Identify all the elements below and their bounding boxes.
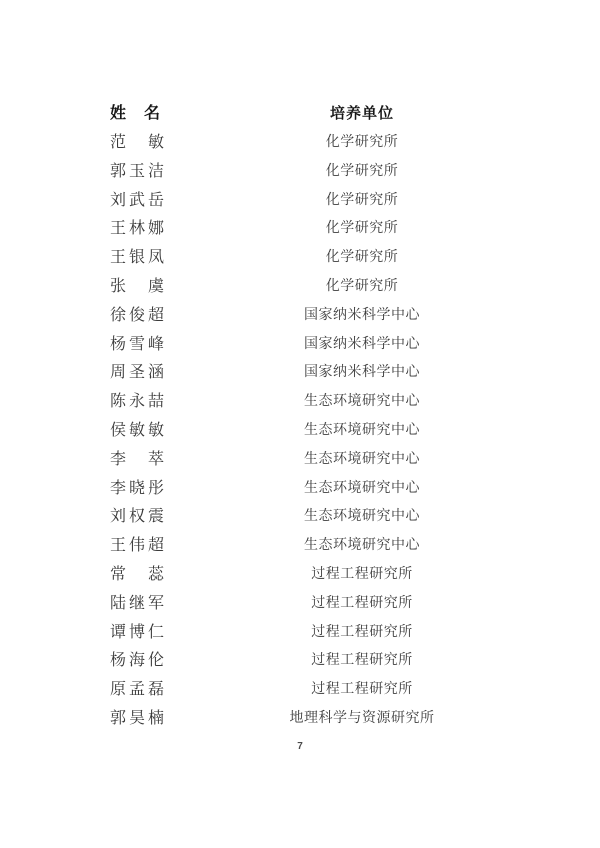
student-name: 杨海伦 bbox=[110, 647, 167, 676]
training-unit: 地理科学与资源研究所 bbox=[212, 705, 512, 734]
student-name: 原孟磊 bbox=[110, 676, 167, 705]
training-unit: 生态环境研究中心 bbox=[212, 475, 512, 504]
training-unit: 生态环境研究中心 bbox=[212, 503, 512, 532]
table-row: 陈永喆 生态环境研究中心 bbox=[0, 388, 600, 417]
student-name: 杨雪峰 bbox=[110, 331, 167, 360]
student-name: 郭玉洁 bbox=[110, 158, 167, 187]
table-body: 范 敏 化学研究所 郭玉洁 化学研究所 刘武岳 化学研究所 王林娜 化学研究所 … bbox=[0, 129, 600, 734]
training-unit: 化学研究所 bbox=[212, 187, 512, 216]
table-row: 范 敏 化学研究所 bbox=[0, 129, 600, 158]
table-row: 王伟超 生态环境研究中心 bbox=[0, 532, 600, 561]
training-unit: 国家纳米科学中心 bbox=[212, 302, 512, 331]
table-row: 李 萃 生态环境研究中心 bbox=[0, 446, 600, 475]
training-unit: 过程工程研究所 bbox=[212, 561, 512, 590]
student-name: 张 虞 bbox=[110, 273, 167, 302]
roster-table: 姓 名 培养单位 范 敏 化学研究所 郭玉洁 化学研究所 刘武岳 化学研究所 王… bbox=[0, 98, 600, 734]
training-unit: 生态环境研究中心 bbox=[212, 446, 512, 475]
student-name: 陈永喆 bbox=[110, 388, 167, 417]
table-row: 刘武岳 化学研究所 bbox=[0, 187, 600, 216]
table-row: 张 虞 化学研究所 bbox=[0, 273, 600, 302]
student-name: 郭昊楠 bbox=[110, 705, 167, 734]
table-row: 郭玉洁 化学研究所 bbox=[0, 158, 600, 187]
student-name: 周圣涵 bbox=[110, 359, 167, 388]
table-row: 侯敏敏 生态环境研究中心 bbox=[0, 417, 600, 446]
student-name: 李晓彤 bbox=[110, 475, 167, 504]
student-name: 王林娜 bbox=[110, 215, 167, 244]
table-row: 常 蕊 过程工程研究所 bbox=[0, 561, 600, 590]
training-unit: 过程工程研究所 bbox=[212, 590, 512, 619]
table-row: 谭博仁 过程工程研究所 bbox=[0, 619, 600, 648]
column-header-unit: 培养单位 bbox=[212, 98, 512, 129]
table-row: 杨雪峰 国家纳米科学中心 bbox=[0, 331, 600, 360]
table-row: 刘权震 生态环境研究中心 bbox=[0, 503, 600, 532]
student-name: 谭博仁 bbox=[110, 619, 167, 648]
table-row: 王林娜 化学研究所 bbox=[0, 215, 600, 244]
training-unit: 国家纳米科学中心 bbox=[212, 359, 512, 388]
student-name: 侯敏敏 bbox=[110, 417, 167, 446]
training-unit: 国家纳米科学中心 bbox=[212, 331, 512, 360]
training-unit: 生态环境研究中心 bbox=[212, 532, 512, 561]
training-unit: 过程工程研究所 bbox=[212, 676, 512, 705]
training-unit: 生态环境研究中心 bbox=[212, 417, 512, 446]
table-header-row: 姓 名 培养单位 bbox=[0, 98, 600, 129]
table-row: 王银凤 化学研究所 bbox=[0, 244, 600, 273]
training-unit: 化学研究所 bbox=[212, 215, 512, 244]
page-number: 7 bbox=[0, 741, 600, 752]
table-row: 徐俊超 国家纳米科学中心 bbox=[0, 302, 600, 331]
student-name: 徐俊超 bbox=[110, 302, 167, 331]
table-row: 杨海伦 过程工程研究所 bbox=[0, 647, 600, 676]
table-row: 陆继军 过程工程研究所 bbox=[0, 590, 600, 619]
column-header-name: 姓 名 bbox=[110, 98, 161, 129]
student-name: 刘权震 bbox=[110, 503, 167, 532]
training-unit: 过程工程研究所 bbox=[212, 647, 512, 676]
student-name: 刘武岳 bbox=[110, 187, 167, 216]
document-page: 姓 名 培养单位 范 敏 化学研究所 郭玉洁 化学研究所 刘武岳 化学研究所 王… bbox=[0, 0, 600, 848]
student-name: 常 蕊 bbox=[110, 561, 167, 590]
table-row: 李晓彤 生态环境研究中心 bbox=[0, 475, 600, 504]
training-unit: 化学研究所 bbox=[212, 158, 512, 187]
training-unit: 化学研究所 bbox=[212, 244, 512, 273]
student-name: 陆继军 bbox=[110, 590, 167, 619]
training-unit: 化学研究所 bbox=[212, 129, 512, 158]
table-row: 周圣涵 国家纳米科学中心 bbox=[0, 359, 600, 388]
table-row: 郭昊楠 地理科学与资源研究所 bbox=[0, 705, 600, 734]
training-unit: 化学研究所 bbox=[212, 273, 512, 302]
student-name: 王银凤 bbox=[110, 244, 167, 273]
table-row: 原孟磊 过程工程研究所 bbox=[0, 676, 600, 705]
training-unit: 生态环境研究中心 bbox=[212, 388, 512, 417]
student-name: 李 萃 bbox=[110, 446, 167, 475]
student-name: 范 敏 bbox=[110, 129, 167, 158]
student-name: 王伟超 bbox=[110, 532, 167, 561]
training-unit: 过程工程研究所 bbox=[212, 619, 512, 648]
